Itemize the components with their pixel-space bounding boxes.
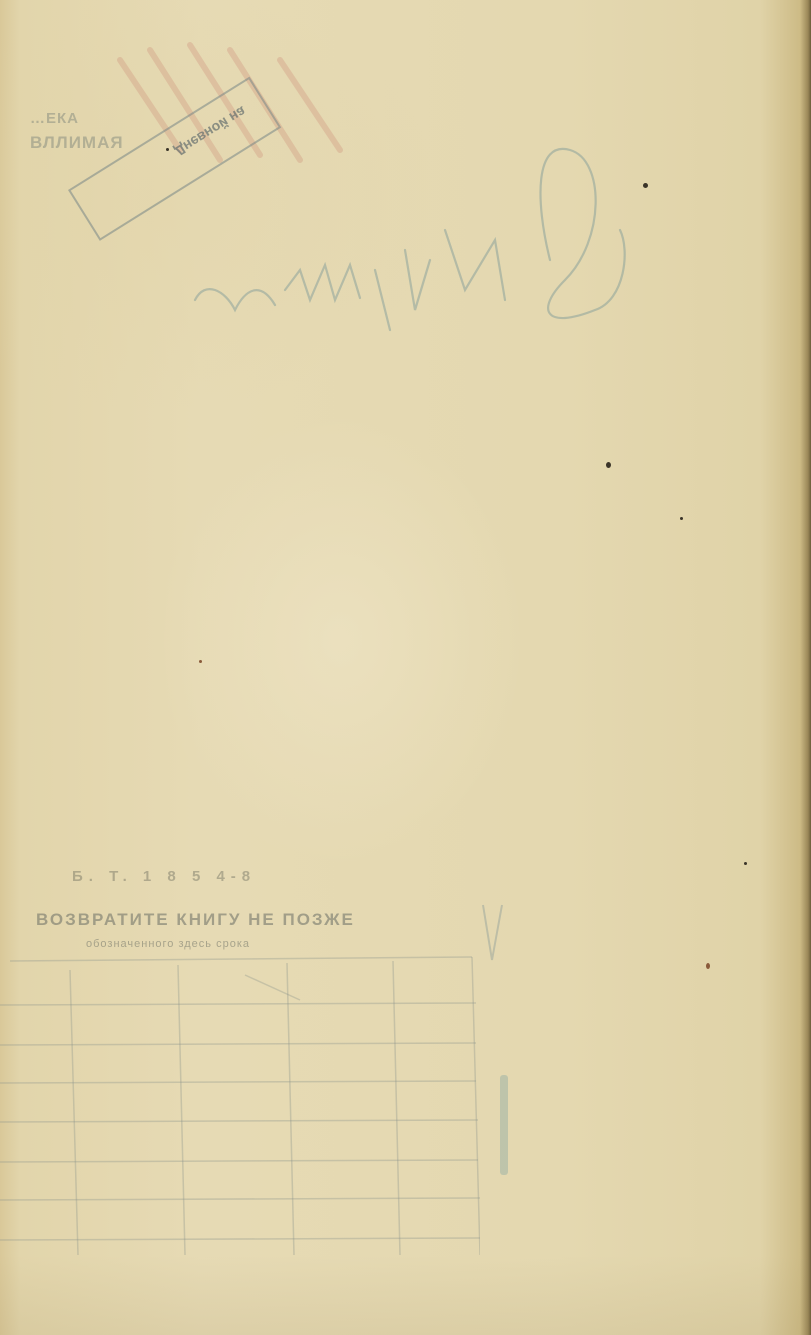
ink-speck [744, 862, 747, 865]
ink-speck [199, 660, 202, 663]
stamp-line-2: ВЛЛИМАЯ [30, 133, 124, 153]
return-date-grid [0, 955, 480, 1260]
return-slip-subheading: обозначенного здесь срока [86, 938, 250, 950]
ink-speck [606, 462, 611, 468]
print-code: Б. Т. 1 8 5 4-8 [72, 868, 256, 885]
pencil-mark [500, 1075, 508, 1175]
faint-stamp-top-left: …ЕКА ВЛЛИМАЯ [30, 110, 124, 153]
ink-speck [166, 148, 169, 151]
ink-speck [643, 183, 648, 188]
ink-speck [706, 963, 710, 969]
ink-speck [680, 517, 683, 520]
stamp-line-1: …ЕКА [30, 110, 124, 127]
return-slip-heading: ВОЗВРАТИТЕ КНИГУ НЕ ПОЗЖЕ [36, 910, 355, 930]
pencil-signature [175, 140, 645, 350]
paper-shading [0, 1255, 811, 1335]
pencil-check-mark [478, 900, 508, 970]
